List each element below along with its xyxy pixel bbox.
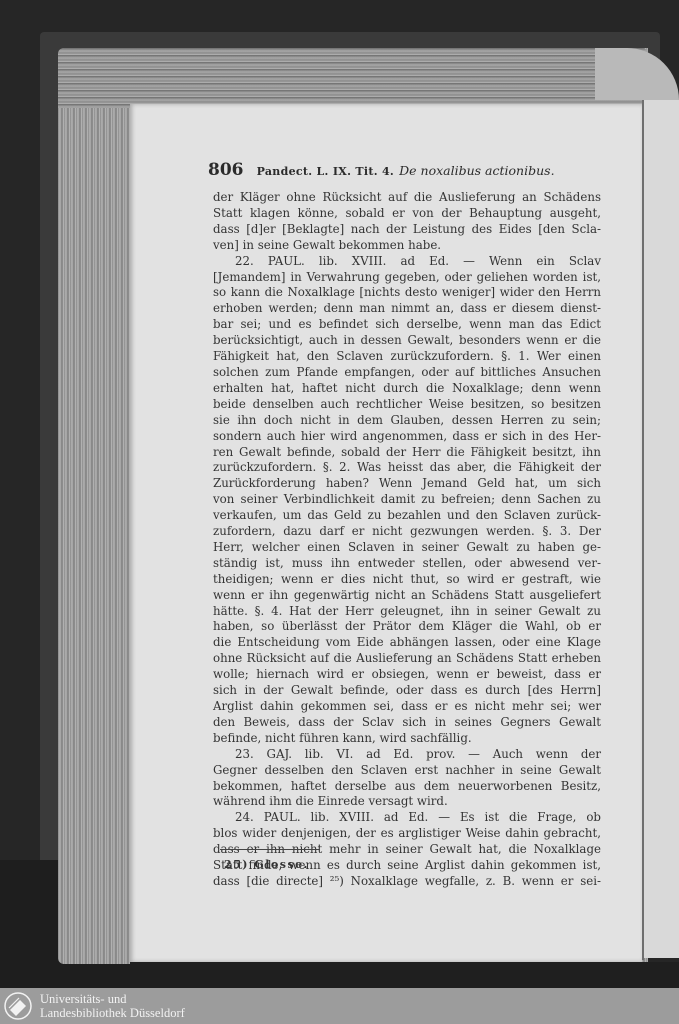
text-line: die Entscheidung vom Eide abhängen lasse… <box>213 635 601 651</box>
text-line: dass [die directe] ²⁵) Noxalklage wegfal… <box>213 874 601 890</box>
page-edges-top <box>58 48 648 108</box>
text-line: dass [d]er [Beklagte] nach der Leistung … <box>213 222 601 238</box>
running-header: 806 Pandect. L. IX. Tit. 4. De noxalibus… <box>208 160 608 180</box>
text-line: befinde, nicht führen kann, wird sachfäl… <box>213 731 601 747</box>
text-line: Gegner desselben den Sclaven erst nachhe… <box>213 763 601 779</box>
text-line: so kann die Noxalklage [nichts desto wen… <box>213 285 601 301</box>
text-line: der Kläger ohne Rücksicht auf die Auslie… <box>213 190 601 206</box>
page-bottom-shadow <box>130 962 679 988</box>
text-line: sich in der Gewalt befinde, oder dass es… <box>213 683 601 699</box>
library-name: Universitäts- und Landesbibliothek Düsse… <box>40 992 185 1020</box>
text-line: sie ihn doch nicht in dem Glauben, desse… <box>213 413 601 429</box>
text-line: Arglist dahin gekommen sei, dass er es n… <box>213 699 601 715</box>
text-line: zufordern, dazu darf er nicht gezwungen … <box>213 524 601 540</box>
text-line: Statt klagen könne, sobald er von der Be… <box>213 206 601 222</box>
text-line: ständig ist, muss ihn entweder stellen, … <box>213 556 601 572</box>
text-line: dass er ihn nicht mehr in seiner Gewalt … <box>213 842 601 858</box>
text-line: bar sei; und es befindet sich derselbe, … <box>213 317 601 333</box>
page-body: der Kläger ohne Rücksicht auf die Auslie… <box>213 190 601 890</box>
text-line: Fähigkeit hat, den Sclaven zurückzuforde… <box>213 349 601 365</box>
text-line: wenn er ihn gegenwärtig nicht an Schäden… <box>213 588 601 604</box>
text-line: Zurückforderung haben? Wenn Jemand Geld … <box>213 476 601 492</box>
text-line: während ihm die Einrede versagt wird. <box>213 794 601 810</box>
library-footer: Universitäts- und Landesbibliothek Düsse… <box>0 988 679 1024</box>
page-number: 806 <box>208 160 244 180</box>
text-line: den Beweis, dass der Sclav sich in seine… <box>213 715 601 731</box>
text-line: hätte. §. 4. Hat der Herr geleugnet, ihn… <box>213 604 601 620</box>
text-line: sondern auch hier wird angenommen, dass … <box>213 429 601 445</box>
footnote: 25) Glosse. <box>224 858 309 871</box>
text-line: Herr, welcher einen Sclaven in seiner Ge… <box>213 540 601 556</box>
text-line: ren Gewalt befinde, sobald der Herr die … <box>213 445 601 461</box>
text-line: ven] in seine Gewalt bekommen habe. <box>213 238 601 254</box>
text-line: wolle; hiernach wird er obsiegen, wenn e… <box>213 667 601 683</box>
section-heading-22: 22. PAUL. lib. XVIII. ad Ed. — Wenn ein … <box>213 254 601 270</box>
section-heading-24: 24. PAUL. lib. XVIII. ad Ed. — Es ist di… <box>213 810 601 826</box>
text-line: blos wider denjenigen, der es arglistige… <box>213 826 601 842</box>
section-heading-23: 23. GAJ. lib. VI. ad Ed. prov. — Auch we… <box>213 747 601 763</box>
text-line: bekommen, haftet derselbe aus dem neuerw… <box>213 779 601 795</box>
text-line: zurückzufordern. §. 2. Was heisst das ab… <box>213 460 601 476</box>
text-line: erhalten hat, haftet nicht durch die Nox… <box>213 381 601 397</box>
library-name-line1: Universitäts- und <box>40 992 185 1006</box>
library-book-logo-icon <box>4 992 32 1020</box>
text-line: haben, so überlässt der Prätor dem Kläge… <box>213 619 601 635</box>
text-line: solchen zum Pfande empfangen, oder auf b… <box>213 365 601 381</box>
text-line: beide denselben auch rechtlicher Weise b… <box>213 397 601 413</box>
text-line: von seiner Verbindlichkeit damit zu befr… <box>213 492 601 508</box>
text-line: verkaufen, um das Geld zu bezahlen und d… <box>213 508 601 524</box>
running-head-title: De noxalibus actionibus. <box>399 163 554 178</box>
running-head: Pandect. L. IX. Tit. 4. <box>257 165 394 178</box>
text-line: [Jemandem] in Verwahrung gegeben, oder g… <box>213 270 601 286</box>
footnote-divider <box>220 849 320 850</box>
text-line: berücksichtigt, auch in dessen Gewalt, b… <box>213 333 601 349</box>
page-gutter <box>642 100 644 960</box>
text-line: ohne Rücksicht auf die Auslieferung an S… <box>213 651 601 667</box>
library-name-line2: Landesbibliothek Düsseldorf <box>40 1006 185 1020</box>
text-line: theidigen; wenn er dies nicht thut, so w… <box>213 572 601 588</box>
text-line: erhoben werden; denn man nimmt an, dass … <box>213 301 601 317</box>
facing-page <box>644 100 679 958</box>
